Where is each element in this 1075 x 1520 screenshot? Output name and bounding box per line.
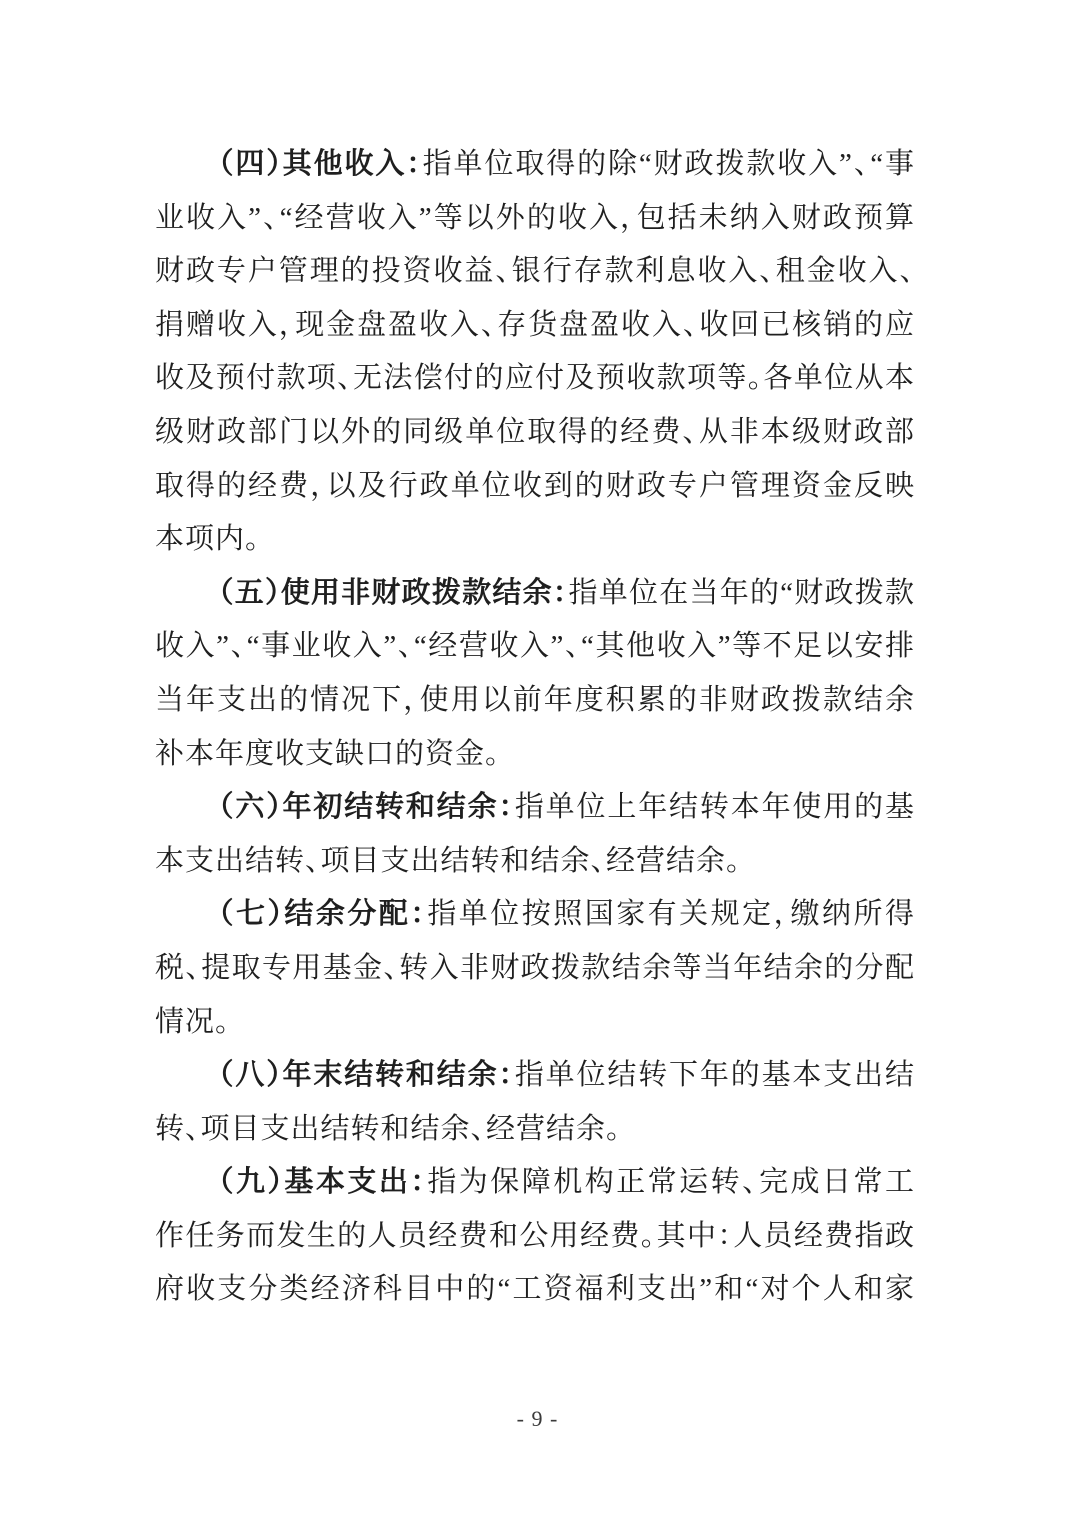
paragraph-text: 捐赠收入，现金盘盈收入、存货盘盈收入、收回已核销的应 xyxy=(155,309,915,341)
paragraph-head: （七）结余分配： xyxy=(219,898,427,930)
text-line: 税、提取专用基金、转入非财政拨款结余等当年结余的分配 xyxy=(155,942,915,996)
paragraph-text: 指单位结转下年的基本支出结 xyxy=(515,1059,915,1091)
text-line: （五）使用非财政拨款结余：指单位在当年的“财政拨款 xyxy=(155,567,915,621)
text-line: 财政专户管理的投资收益、银行存款利息收入、租金收入、 xyxy=(155,245,915,299)
paragraph-text: 指单位在当年的“财政拨款 xyxy=(569,577,915,609)
text-line: （七）结余分配：指单位按照国家有关规定，缴纳所得 xyxy=(155,888,915,942)
paragraph-text: 指单位上年结转本年使用的基 xyxy=(515,791,915,823)
paragraph-text: 指为保障机构正常运转、完成日常工 xyxy=(427,1166,915,1198)
paragraph-text: 补本年度收支缺口的资金。 xyxy=(155,738,501,770)
text-line: 转、项目支出结转和结余、经营结余。 xyxy=(155,1103,915,1157)
text-block: （四）其他收入：指单位取得的除“财政拨款收入”、“事业收入”、“经营收入”等以外… xyxy=(155,138,915,1317)
text-line: 收入”、“事业收入”、“经营收入”、“其他收入”等不足以安排 xyxy=(155,620,915,674)
text-line: 取得的经费，以及行政单位收到的财政专户管理资金反映在 xyxy=(155,460,915,514)
paragraph-head: （六）年初结转和结余： xyxy=(219,791,515,823)
paragraph-text: 府收支分类经济科目中的“工资福利支出”和“对个人和家庭 xyxy=(155,1273,915,1317)
paragraph-text: 本项内。 xyxy=(155,523,261,555)
text-line: （八）年末结转和结余：指单位结转下年的基本支出结 xyxy=(155,1049,915,1103)
text-line: 捐赠收入，现金盘盈收入、存货盘盈收入、收回已核销的应 xyxy=(155,299,915,353)
paragraph-text: 收及预付款项、无法偿付的应付及预收款项等。各单位从本 xyxy=(155,362,915,394)
text-line: 府收支分类经济科目中的“工资福利支出”和“对个人和家庭 xyxy=(155,1263,915,1317)
text-line: 本支出结转、项目支出结转和结余、经营结余。 xyxy=(155,835,915,889)
text-line: （九）基本支出：指为保障机构正常运转、完成日常工 xyxy=(155,1156,915,1210)
paragraph-head: （四）其他收入： xyxy=(219,148,423,180)
paragraph-text: 情况。 xyxy=(155,1006,231,1038)
paragraph-text: 财政专户管理的投资收益、银行存款利息收入、租金收入、 xyxy=(155,255,915,287)
text-line: （四）其他收入：指单位取得的除“财政拨款收入”、“事 xyxy=(155,138,915,192)
paragraph-text: 当年支出的情况下，使用以前年度积累的非财政拨款结余弥 xyxy=(155,684,915,728)
text-line: 业收入”、“经营收入”等以外的收入，包括未纳入财政预算或 xyxy=(155,192,915,246)
text-line: 当年支出的情况下，使用以前年度积累的非财政拨款结余弥 xyxy=(155,674,915,728)
text-line: 收及预付款项、无法偿付的应付及预收款项等。各单位从本 xyxy=(155,352,915,406)
page-number: - 9 - xyxy=(0,1404,1075,1434)
paragraph-text: 指单位取得的除“财政拨款收入”、“事 xyxy=(423,148,915,180)
paragraph-text: 本支出结转、项目支出结转和结余、经营结余。 xyxy=(155,845,742,877)
paragraph-head: （八）年末结转和结余： xyxy=(219,1059,515,1091)
paragraph-text: 取得的经费，以及行政单位收到的财政专户管理资金反映在 xyxy=(155,470,915,514)
document-page: （四）其他收入：指单位取得的除“财政拨款收入”、“事业收入”、“经营收入”等以外… xyxy=(0,0,1075,1520)
paragraph-text: 税、提取专用基金、转入非财政拨款结余等当年结余的分配 xyxy=(155,952,915,984)
paragraph-text: 收入”、“事业收入”、“经营收入”、“其他收入”等不足以安排 xyxy=(155,630,915,662)
paragraph-text: 指单位按照国家有关规定，缴纳所得 xyxy=(427,898,915,930)
text-line: 情况。 xyxy=(155,996,915,1050)
paragraph-text: 转、项目支出结转和结余、经营结余。 xyxy=(155,1113,622,1145)
paragraph-text: 级财政部门以外的同级单位取得的经费、从非本级财政部门 xyxy=(155,416,915,460)
paragraph-text: 业收入”、“经营收入”等以外的收入，包括未纳入财政预算或 xyxy=(155,202,915,246)
text-line: 级财政部门以外的同级单位取得的经费、从非本级财政部门 xyxy=(155,406,915,460)
text-line: 作任务而发生的人员经费和公用经费。其中：人员经费指政 xyxy=(155,1210,915,1264)
text-line: （六）年初结转和结余：指单位上年结转本年使用的基 xyxy=(155,781,915,835)
text-line: 补本年度收支缺口的资金。 xyxy=(155,728,915,782)
paragraph-head: （九）基本支出： xyxy=(219,1166,427,1198)
text-line: 本项内。 xyxy=(155,513,915,567)
paragraph-head: （五）使用非财政拨款结余： xyxy=(219,577,569,609)
paragraph-text: 作任务而发生的人员经费和公用经费。其中：人员经费指政 xyxy=(155,1220,915,1252)
